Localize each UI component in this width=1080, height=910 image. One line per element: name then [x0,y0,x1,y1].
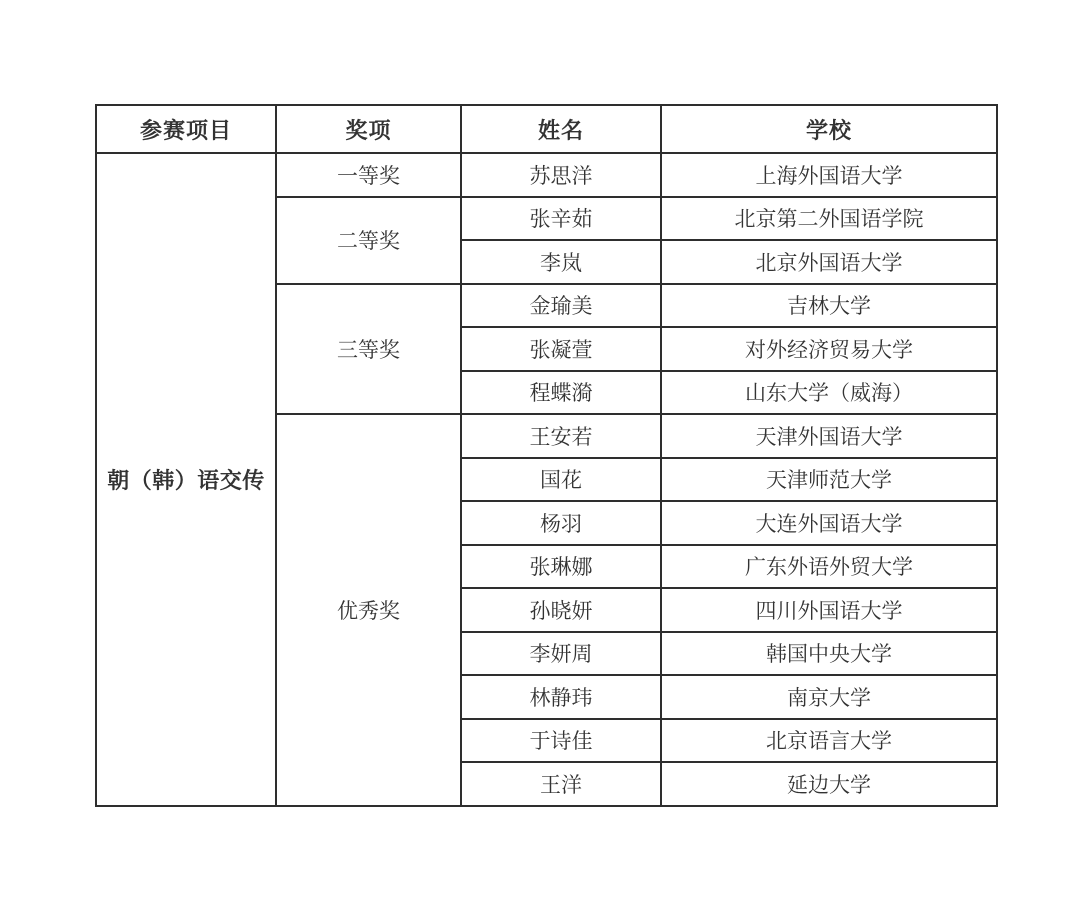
school-cell: 天津外国语大学 [661,414,997,458]
name-cell: 国花 [461,458,661,502]
award-cell-excellence-prize: 优秀奖 [276,414,461,806]
project-cell: 朝（韩）语交传 [96,153,276,806]
header-school: 学校 [661,105,997,153]
school-cell: 北京第二外国语学院 [661,197,997,241]
school-cell: 延边大学 [661,762,997,806]
award-cell-third-prize: 三等奖 [276,284,461,415]
award-cell-second-prize: 二等奖 [276,197,461,284]
name-cell: 张琳娜 [461,545,661,589]
table-row: 朝（韩）语交传 一等奖 苏思洋 上海外国语大学 [96,153,997,197]
name-cell: 李妍周 [461,632,661,676]
header-name: 姓名 [461,105,661,153]
header-row: 参赛项目 奖项 姓名 学校 [96,105,997,153]
school-cell: 大连外国语大学 [661,501,997,545]
header-project: 参赛项目 [96,105,276,153]
name-cell: 杨羽 [461,501,661,545]
school-cell: 四川外国语大学 [661,588,997,632]
school-cell: 北京语言大学 [661,719,997,763]
name-cell: 苏思洋 [461,153,661,197]
page: 参赛项目 奖项 姓名 学校 朝（韩）语交传 一等奖 苏思洋 上海外国语大学 二等… [0,0,1080,910]
name-cell: 李岚 [461,240,661,284]
school-cell: 吉林大学 [661,284,997,328]
awards-table: 参赛项目 奖项 姓名 学校 朝（韩）语交传 一等奖 苏思洋 上海外国语大学 二等… [95,104,998,807]
header-award: 奖项 [276,105,461,153]
school-cell: 广东外语外贸大学 [661,545,997,589]
name-cell: 林静玮 [461,675,661,719]
name-cell: 王洋 [461,762,661,806]
name-cell: 金瑜美 [461,284,661,328]
school-cell: 北京外国语大学 [661,240,997,284]
name-cell: 于诗佳 [461,719,661,763]
school-cell: 韩国中央大学 [661,632,997,676]
school-cell: 山东大学（威海） [661,371,997,415]
name-cell: 程蝶漪 [461,371,661,415]
name-cell: 张辛茹 [461,197,661,241]
name-cell: 王安若 [461,414,661,458]
school-cell: 天津师范大学 [661,458,997,502]
school-cell: 南京大学 [661,675,997,719]
school-cell: 对外经济贸易大学 [661,327,997,371]
name-cell: 孙晓妍 [461,588,661,632]
name-cell: 张凝萱 [461,327,661,371]
school-cell: 上海外国语大学 [661,153,997,197]
award-cell-first-prize: 一等奖 [276,153,461,197]
